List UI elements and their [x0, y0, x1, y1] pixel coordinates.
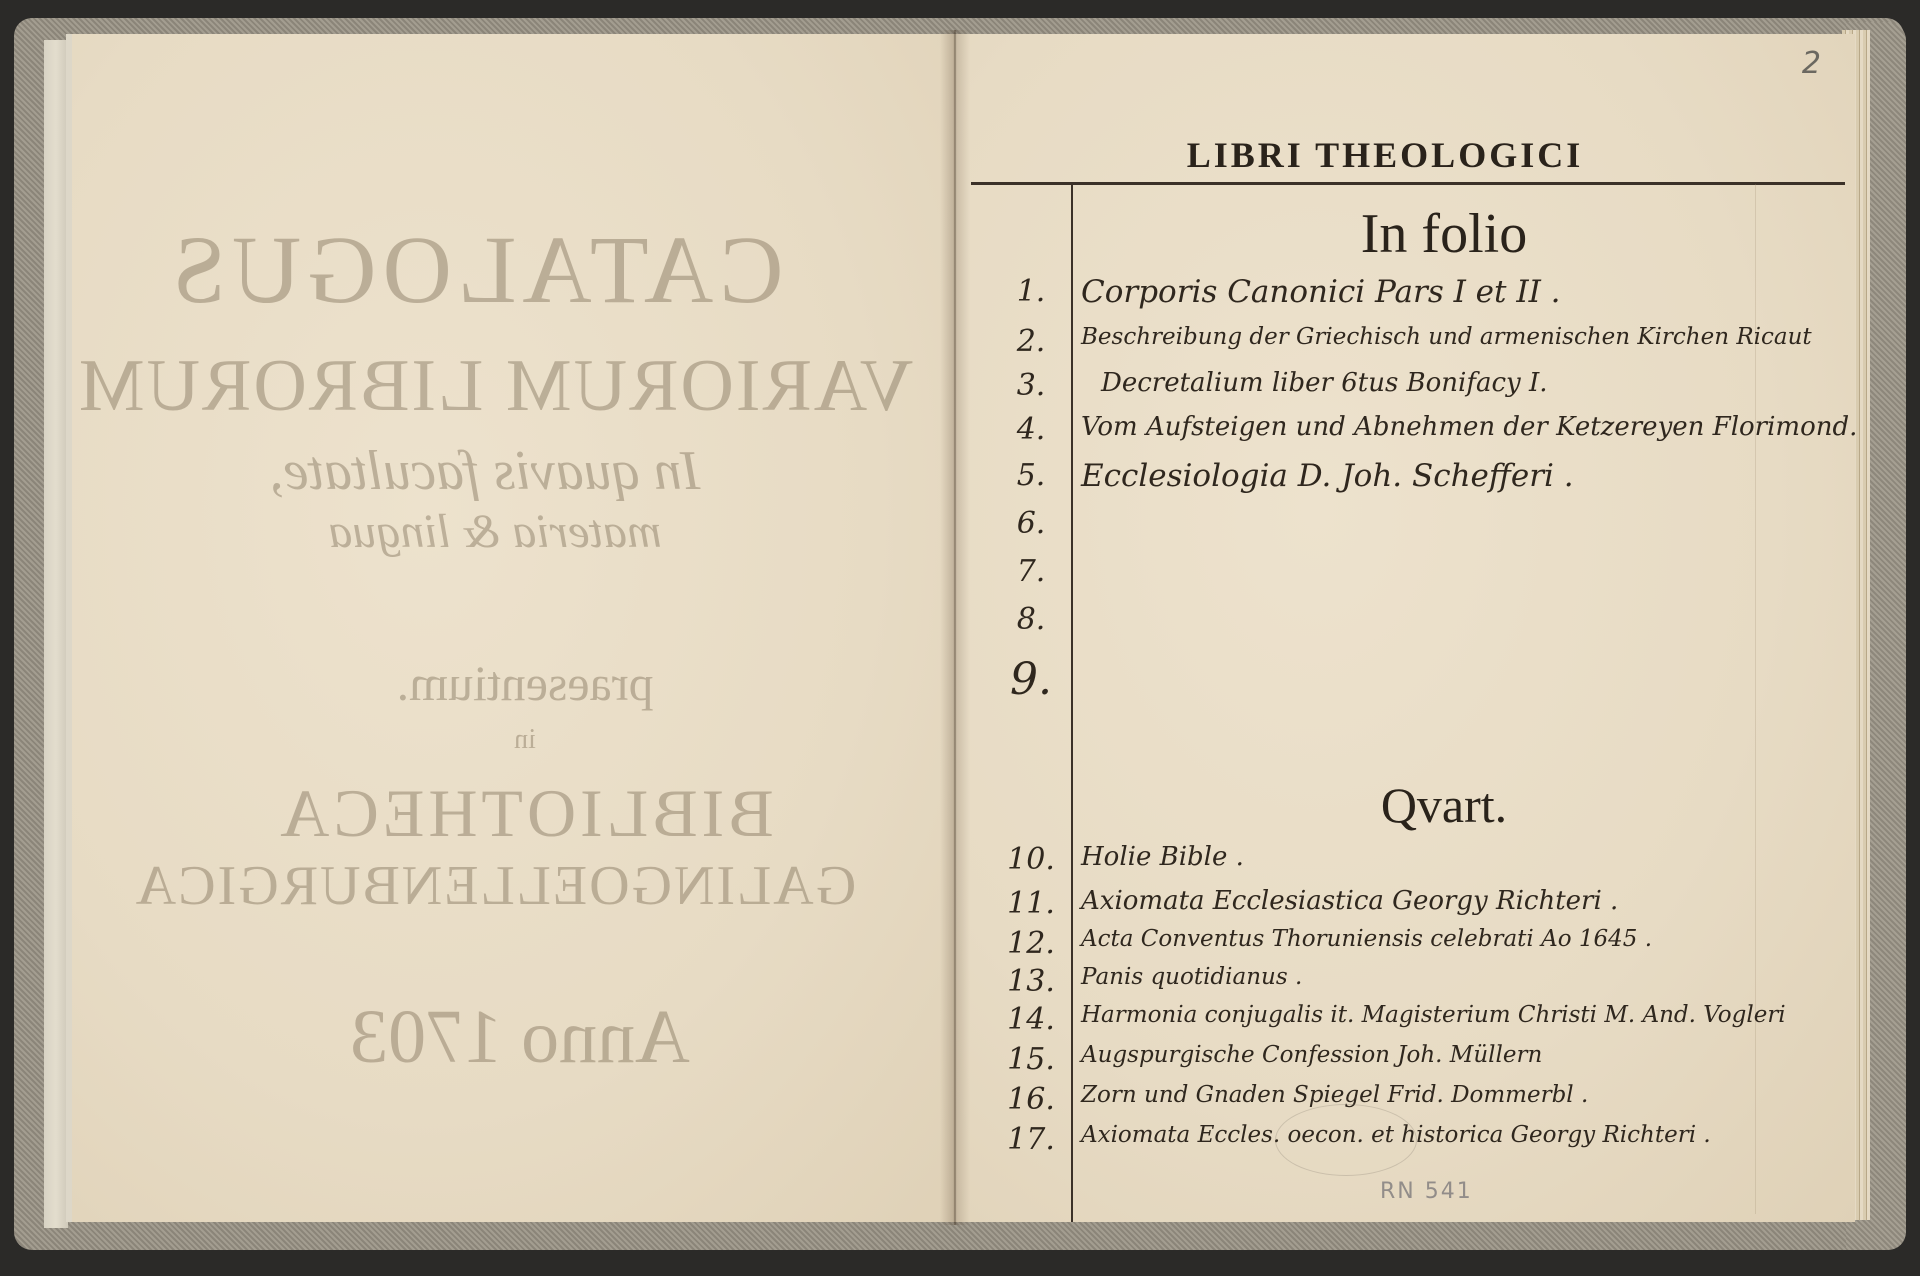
header-rule	[971, 182, 1845, 185]
entry-number: 6.	[995, 506, 1067, 541]
entry-text: Ecclesiologia D. Joh. Schefferi .	[1081, 458, 1574, 494]
entry-text: Panis quotidianus .	[1081, 964, 1302, 990]
quart-heading: Qvart.	[1073, 776, 1815, 834]
bleed-line-variorum-librorum: VARIORUM LIBRORUM	[72, 344, 918, 429]
catalog-entry: 8.	[955, 602, 1855, 650]
entry-number: 10.	[995, 842, 1067, 877]
catalog-entry: 3. Decretalium liber 6tus Bonifacy I.	[955, 368, 1855, 416]
catalog-entry: 5. Ecclesiologia D. Joh. Schefferi .	[955, 458, 1855, 506]
entry-number: 16.	[995, 1082, 1067, 1117]
entry-number: 4.	[995, 412, 1067, 447]
entry-text: Decretalium liber 6tus Bonifacy I.	[1101, 368, 1548, 398]
entry-number: 1.	[995, 274, 1067, 309]
entry-text: Harmonia conjugalis it. Magisterium Chri…	[1081, 1002, 1786, 1028]
catalog-entry: 10. Holie Bible .	[955, 842, 1855, 890]
catalog-entry: 6.	[955, 506, 1855, 554]
catalog-entry: 2. Beschreibung der Griechisch und armen…	[955, 324, 1855, 372]
folio-heading: In folio	[1073, 202, 1815, 266]
entry-text: Beschreibung der Griechisch und armenisc…	[1081, 324, 1812, 350]
entry-number: 3.	[995, 368, 1067, 403]
entry-text: Augspurgische Confession Joh. Müllern	[1081, 1042, 1542, 1068]
entry-number: 8.	[995, 602, 1067, 637]
bleed-line-bibliotheca: BIBLIOTHECA	[72, 774, 958, 853]
left-page: CATALOGUS VARIORUM LIBRORUM In quavis fa…	[66, 34, 958, 1222]
bleed-line-library-name: GALINGOELLENBURGICA	[72, 854, 918, 918]
bleed-through-title-page: CATALOGUS VARIORUM LIBRORUM In quavis fa…	[72, 34, 958, 1222]
entry-number: 2.	[995, 324, 1067, 359]
entry-text: Holie Bible .	[1081, 842, 1244, 872]
bleed-line-materia: materia & lingua	[72, 504, 918, 559]
faint-stamp-outline	[1275, 1104, 1417, 1176]
left-page-stack-edge	[44, 40, 68, 1228]
catalog-entry: 4. Vom Aufsteigen und Abnehmen der Ketze…	[955, 412, 1855, 460]
entry-number: 5.	[995, 458, 1067, 493]
entry-number: 13.	[995, 964, 1067, 999]
folio-number: 2	[1802, 46, 1821, 81]
entry-number: 14.	[995, 1002, 1067, 1037]
entry-number: 9.	[995, 654, 1067, 705]
section-title: LIBRI THEOLOGICI	[955, 134, 1815, 176]
entry-text: Acta Conventus Thoruniensis celebrati Ao…	[1081, 926, 1652, 952]
entry-text: Vom Aufsteigen und Abnehmen der Ketzerey…	[1081, 412, 1855, 442]
right-page: 2 LIBRI THEOLOGICI In folio 1. Corporis …	[955, 34, 1855, 1222]
bleed-line-catalogus: CATALOGUS	[72, 214, 878, 325]
entry-number: 17.	[995, 1122, 1067, 1157]
bleed-line-in: in	[72, 724, 958, 756]
bleed-line-praesentium: praesentium.	[72, 654, 958, 712]
entry-number: 11.	[995, 886, 1067, 921]
entry-text: Corporis Canonici Pars I et II .	[1081, 274, 1561, 310]
entry-number: 15.	[995, 1042, 1067, 1077]
entry-text: Axiomata Ecclesiastica Georgy Richteri .	[1081, 886, 1618, 916]
pencil-shelfmark: RN 541	[1380, 1179, 1473, 1204]
catalog-entry: 1. Corporis Canonici Pars I et II .	[955, 274, 1855, 322]
entry-number: 12.	[995, 926, 1067, 961]
book-spine-gutter	[940, 30, 970, 1225]
entry-number: 7.	[995, 554, 1067, 589]
catalog-entry: 7.	[955, 554, 1855, 602]
bleed-line-facultate: In quavis facultate,	[72, 439, 898, 503]
catalog-entry: 9.	[955, 654, 1855, 702]
bleed-line-year: Anno 1703	[72, 994, 958, 1081]
